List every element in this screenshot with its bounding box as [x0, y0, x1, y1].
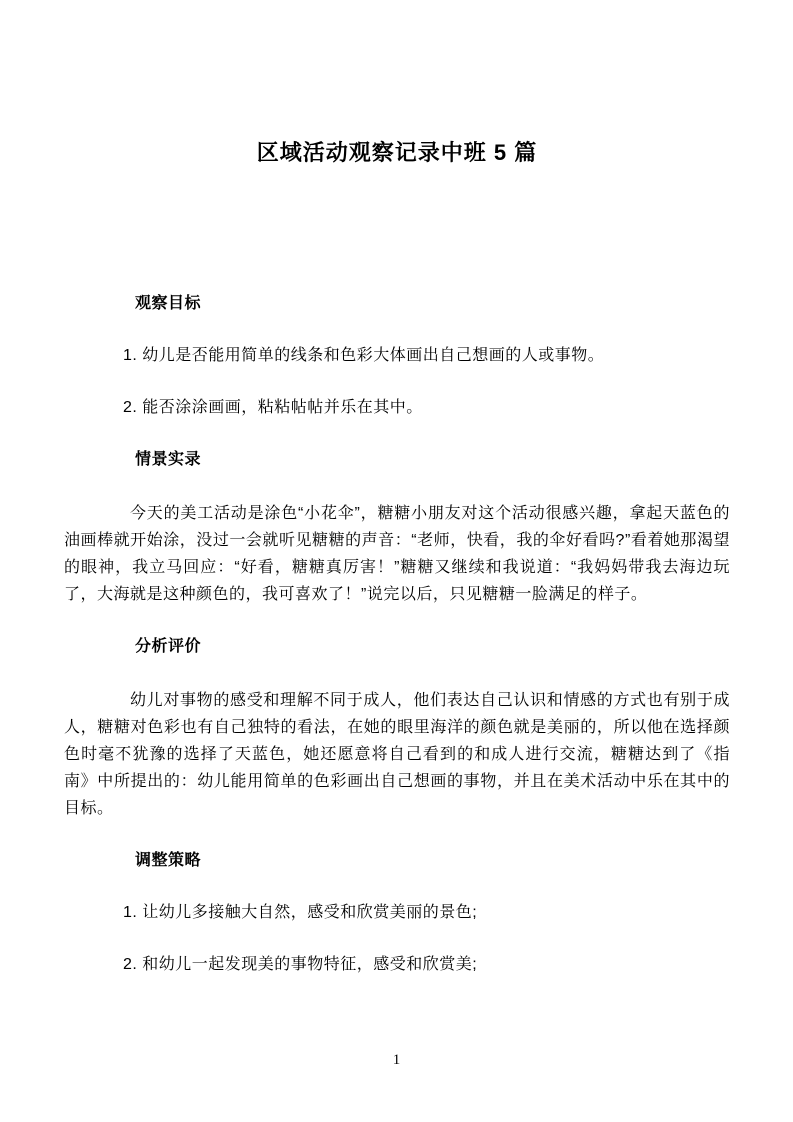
- document-page: 区域活动观察记录中班 5 篇 观察目标 1. 幼儿是否能用简单的线条和色彩大体画…: [0, 0, 793, 1122]
- document-title: 区域活动观察记录中班 5 篇: [64, 138, 730, 168]
- section-heading-observation-goals: 观察目标: [64, 290, 730, 317]
- scene-record-paragraph: 今天的美工活动是涂色“小花伞”，糖糖小朋友对这个活动很感兴趣，拿起天蓝色的油画棒…: [64, 500, 730, 608]
- document-content: 区域活动观察记录中班 5 篇 观察目标 1. 幼儿是否能用简单的线条和色彩大体画…: [0, 138, 793, 978]
- observation-goal-item-1: 1. 幼儿是否能用简单的线条和色彩大体画出自己想画的人或事物。: [64, 342, 730, 369]
- adjustment-strategy-item-1: 1. 让幼儿多接触大自然，感受和欣赏美丽的景色;: [64, 899, 730, 926]
- section-heading-scene-record: 情景实录: [64, 446, 730, 473]
- section-heading-analysis-evaluation: 分析评价: [64, 633, 730, 660]
- section-heading-adjustment-strategy: 调整策略: [64, 847, 730, 874]
- page-number: 1: [0, 1050, 793, 1070]
- adjustment-strategy-item-2: 2. 和幼儿一起发现美的事物特征，感受和欣赏美;: [64, 951, 730, 978]
- analysis-evaluation-paragraph: 幼儿对事物的感受和理解不同于成人，他们表达自己认识和情感的方式也有别于成人，糖糖…: [64, 687, 730, 822]
- observation-goal-item-2: 2. 能否涂涂画画，粘粘帖帖并乐在其中。: [64, 394, 730, 421]
